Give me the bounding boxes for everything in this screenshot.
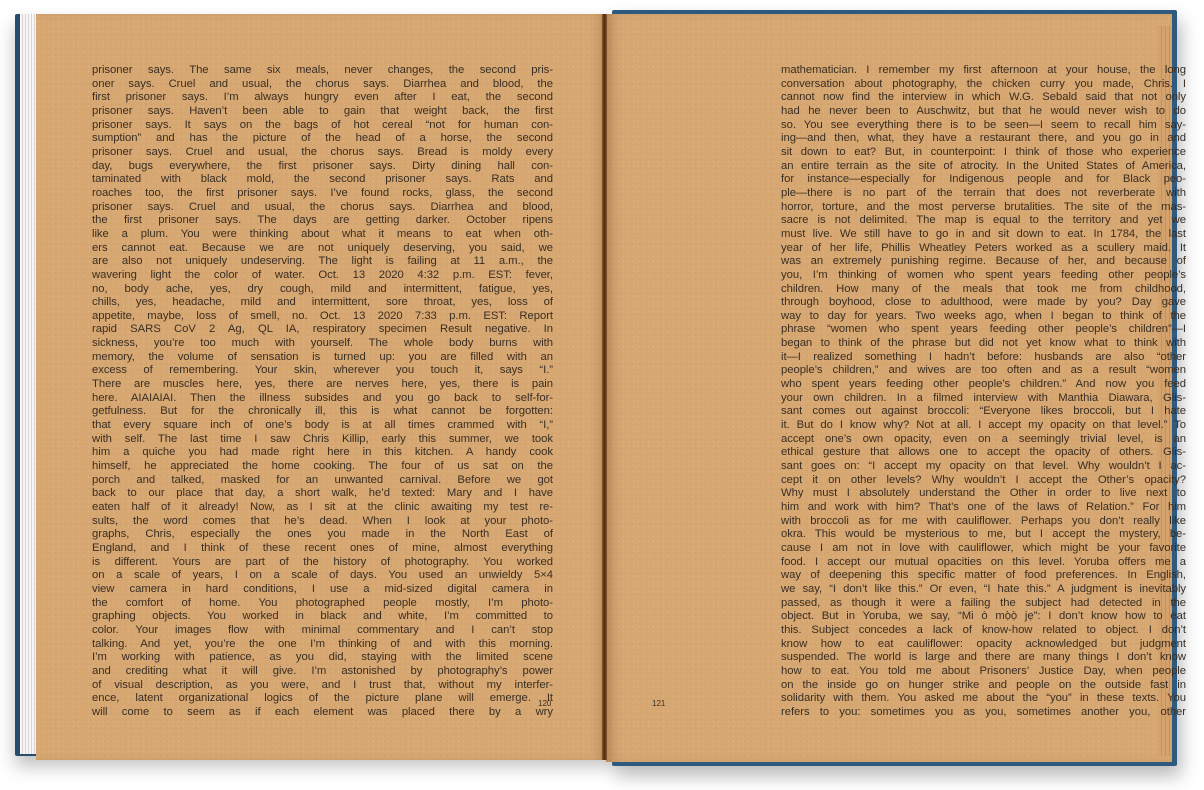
text-line: through boyhood, close to adulthood, wer… [781,296,1186,310]
text-line: color. Your images flow with minimal com… [92,624,553,638]
text-line: how to eat. You told me about Prisoners’… [781,665,1186,679]
text-line: sults, the word comes that he’s dead. Wh… [92,515,553,529]
text-line: phrase “women who spent years feeding ot… [781,323,1186,337]
text-line: it—I realized something I hadn’t before:… [781,351,1186,365]
text-line: sit down to eat? But, in counterpoint: I… [781,146,1186,160]
text-line: food. I accept our mutual opacities on t… [781,556,1186,570]
text-line: rapid SARS CoV 2 Ag, QL IA, respiratory … [92,323,553,337]
text-line: ethical gesture that allows one to accep… [781,446,1186,460]
text-line: cause I am not in love with cauliflower,… [781,542,1186,556]
text-line: sumption” and has the picture of the hea… [92,132,553,146]
text-line: had he never been to Auschwitz, but that… [781,105,1186,119]
text-line: view camera in hard conditions, I use a … [92,583,553,597]
text-line: and crediting what it will give. I’m ast… [92,665,553,679]
text-line: on a scale of years, I on a scale of day… [92,569,553,583]
text-line: himself, he appreciated the home cooking… [92,460,553,474]
text-line: no, body ache, yes, dry cough, mild and … [92,283,553,297]
text-line: with broccoli as for me with cauliflower… [781,515,1186,529]
text-line: graphs, Chris, especially the ones you m… [92,528,553,542]
text-line: porch and talked, masked for an unwanted… [92,474,553,488]
text-line: of visual description, as you were, and … [92,679,553,693]
text-line: for instance—especially for Indigenous p… [781,173,1186,187]
text-line: excess of remembering. Your skin, wherev… [92,364,553,378]
text-line: taminated with black mold, the second pr… [92,173,553,187]
text-line: prisoner says. Cruel and usual, the chor… [92,146,553,160]
text-line: sickness, you’re too much with yourself.… [92,337,553,351]
text-line: on the inside go on hunger strike and pe… [781,679,1186,693]
text-line: first prisoner says. I’m always hungry e… [92,91,553,105]
text-line: prisoner says. It says on the bags of ho… [92,119,553,133]
left-page-body-text: prisoner says. The same six meals, never… [92,64,553,720]
text-line: conversation about photography, the chic… [781,78,1186,92]
text-line: this. Subject concedes a lack of know-ho… [781,624,1186,638]
text-line: roaches too, the first prisoner says. I’… [92,187,553,201]
text-line: him and work with him? That’s one of the… [781,501,1186,515]
text-line: back to our place that day, a short walk… [92,487,553,501]
text-line: the comfort of home. You photographed pe… [92,597,553,611]
text-line: sant goes on: “I accept my opacity on th… [781,460,1186,474]
text-line: ple—there is no part of the terrain that… [781,187,1186,201]
text-line: horror, torture, and the most perverse b… [781,201,1186,215]
right-page-body-text: mathematician. I remember my first after… [781,64,1186,720]
text-line: wavering light the color of water. Oct. … [92,269,553,283]
text-line: cept it on other levels? Why wouldn’t I … [781,474,1186,488]
text-line: eaten half of it already! Now, as I sit … [92,501,553,515]
text-line: you, I’m thinking of women who spent yea… [781,269,1186,283]
text-line: ence, latent organizational logics of th… [92,692,553,706]
text-line: it. But do I know why? Not at all. I acc… [781,419,1186,433]
text-line: England, and I think of these recent one… [92,542,553,556]
text-line: are also not uniquely undeserving. The l… [92,255,553,269]
text-line: know how to eat cauliflower: opacity ack… [781,638,1186,652]
text-line: that every square inch of one’s body is … [92,419,553,433]
page-number-left: 120 [538,699,551,708]
page-number-right: 121 [652,699,665,708]
text-line: year of her life, Phillis Wheatley Peter… [781,242,1186,256]
text-line: object. But in Yoruba, we say, “Mi ò mọ̀… [781,610,1186,624]
text-line: an entire terrain as the site of atrocit… [781,160,1186,174]
text-line: graphing objects. You worked in black an… [92,610,553,624]
text-line: way to day for years. Two weeks ago, whe… [781,310,1186,324]
text-line: getfulness. But for the chronically ill,… [92,405,553,419]
text-line: prisoner says. Cruel and usual, the chor… [92,201,553,215]
text-line: appetite, maybe, loss of smell, no. Oct.… [92,310,553,324]
text-line: ers cannot eat. Because we are not uniqu… [92,242,553,256]
text-line: began to think of the phrase but did not… [781,337,1186,351]
text-line: so. You see everything there is to be se… [781,119,1186,133]
text-line: your own children. In a filmed interview… [781,392,1186,406]
text-line: will come to seem as if each element was… [92,706,553,720]
text-line: chills, yes, headache, mild and intermit… [92,296,553,310]
text-line: who spent years feeding other people’s c… [781,378,1186,392]
text-line: here. AIAIAIAI. Then the illness subside… [92,392,553,406]
text-line: accept one’s own opacity, even on a seem… [781,433,1186,447]
text-line: we say, “I don’t like this.” Or even, “I… [781,583,1186,597]
text-line: prisoner says. The same six meals, never… [92,64,553,78]
text-line: refers to you: sometimes you as you, som… [781,706,1186,720]
text-line: sant comes out against broccoli: “Everyo… [781,405,1186,419]
text-line: ing—and then, what, they have a restaura… [781,132,1186,146]
text-line: the first prisoner says. The days are ge… [92,214,553,228]
open-book-spread: prisoner says. The same six meals, never… [0,0,1204,790]
text-line: suspended. The world is large and there … [781,651,1186,665]
text-line: must live. We still have to go in and si… [781,228,1186,242]
text-line: passed, as though it were a failing the … [781,597,1186,611]
text-line: There are muscles here, yes, there are n… [92,378,553,392]
text-line: with self. The last time I saw Chris Kil… [92,433,553,447]
text-line: him a quiche you had made right here in … [92,446,553,460]
text-line: I’m working with patience, as you did, s… [92,651,553,665]
text-line: okra. This would be mysterious to me, bu… [781,528,1186,542]
text-line: sacre is not delimited. The map is equal… [781,214,1186,228]
text-line: cannot now find the interview in which W… [781,91,1186,105]
text-line: mathematician. I remember my first after… [781,64,1186,78]
text-line: prisoner says. Haven’t been able to gain… [92,105,553,119]
text-line: talking. And yet, you’re the one I’m thi… [92,638,553,652]
text-line: children. How many of the meals that too… [781,283,1186,297]
text-line: memory, the volume of sensation is turne… [92,351,553,365]
text-line: people’s children,” and wives are too of… [781,364,1186,378]
text-line: was an extremely punishing regime. Becau… [781,255,1186,269]
text-line: Why must I absolutely understand the Oth… [781,487,1186,501]
text-line: day, bugs everywhere, the first prisoner… [92,160,553,174]
text-line: like a plum. You were thinking about wha… [92,228,553,242]
text-line: way of deepening this specific matter of… [781,569,1186,583]
book-gutter [602,14,607,760]
text-line: oner says. Cruel and usual, the chorus s… [92,78,553,92]
text-line: solidarity with them. You asked me about… [781,692,1186,706]
text-line: is different. Yours are part of the hist… [92,556,553,570]
